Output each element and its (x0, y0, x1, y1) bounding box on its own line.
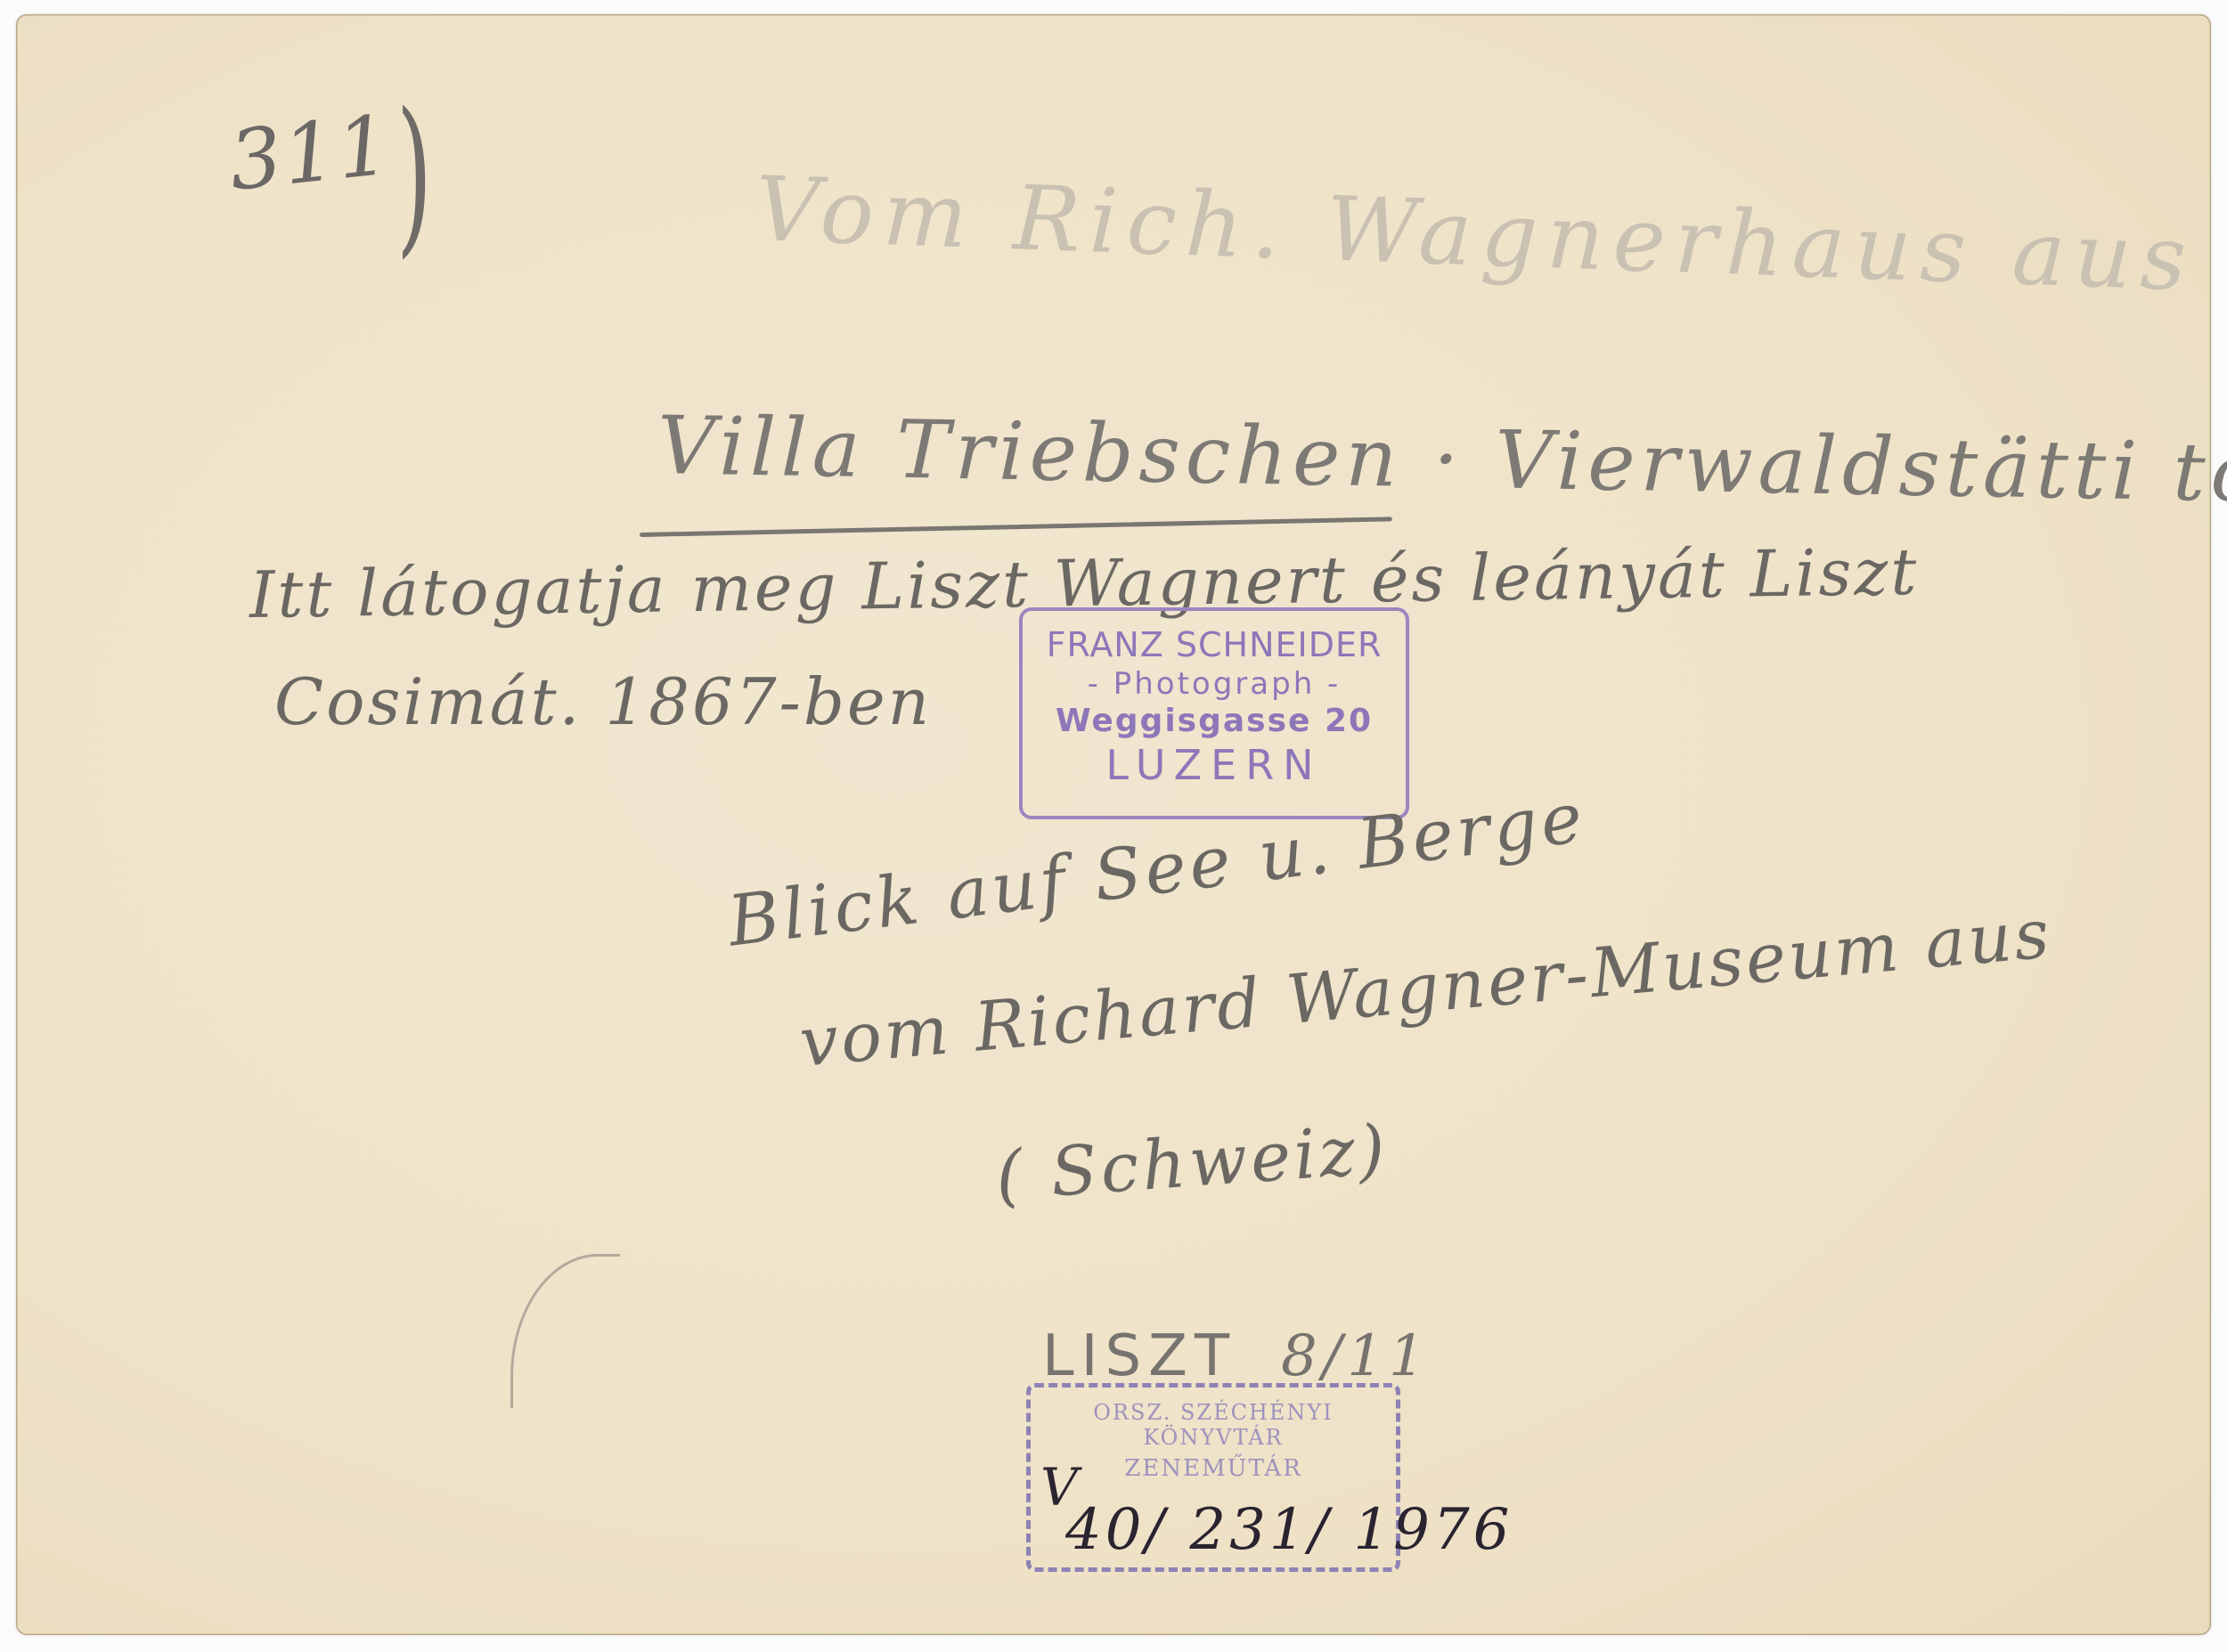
faint-pencil-line: Vom Rich. Wagnerhaus aus (754, 157, 2197, 311)
photographer-stamp: FRANZ SCHNEIDER - Photograph - Weggisgas… (1019, 607, 1409, 819)
photo-card-back: 311 ) Vom Rich. Wagnerhaus aus Villa Tri… (16, 14, 2211, 1635)
stamp-photographer-name: FRANZ SCHNEIDER (1023, 625, 1406, 666)
library-stamp-department: ZENEMŰTÁR (1031, 1455, 1396, 1482)
stamp-address: Weggisgasse 20 (1023, 702, 1406, 740)
catalogue-number-parenthesis: ) (396, 77, 433, 273)
library-stamp-institution: ORSZ. SZÉCHÉNYI KÖNYVTÁR (1031, 1400, 1396, 1450)
hungarian-note-line-2: Cosimát. 1867-ben (274, 664, 932, 739)
archive-label: LISZT (1042, 1323, 1236, 1389)
stamp-city: LUZERN (1023, 741, 1406, 790)
catalogue-number: 311 (224, 97, 396, 208)
stray-pencil-stroke (510, 1254, 620, 1408)
archive-code: 8/11 (1281, 1323, 1431, 1389)
stamp-profession: - Photograph - (1023, 666, 1406, 703)
inventory-number: 40/ 231/ 1976 (1065, 1497, 1513, 1563)
title-line: Villa Triebschen · Vierwaldstätti tó. (657, 399, 2227, 521)
german-note-line-3: ( Schweiz) (993, 1109, 1391, 1216)
title-underline (640, 517, 1392, 537)
